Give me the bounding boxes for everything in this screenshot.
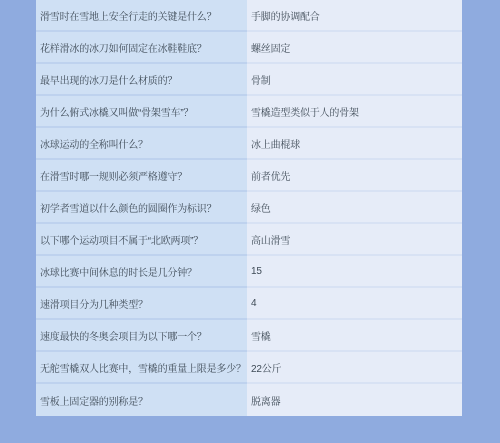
question-cell: 速滑项目分为几种类型？ — [36, 288, 247, 320]
question-text: 最早出现的冰刀是什么材质的？ — [40, 72, 177, 87]
question-cell: 在滑雪时哪一规则必须严格遵守？ — [36, 160, 247, 192]
question-cell: 花样滑冰的冰刀如何固定在冰鞋鞋底？ — [36, 32, 247, 64]
answer-cell: 手脚的协调配合 — [247, 0, 462, 32]
qa-row: 速度最快的冬奥会项目为以下哪一个？ 雪橇 — [36, 320, 462, 352]
qa-row: 初学者雪道以什么颜色的圆圈作为标识？ 绿色 — [36, 192, 462, 224]
answer-cell: 螺丝固定 — [247, 32, 462, 64]
answer-cell: 骨制 — [247, 64, 462, 96]
qa-row: 花样滑冰的冰刀如何固定在冰鞋鞋底？ 螺丝固定 — [36, 32, 462, 64]
qa-row: 滑雪时在雪地上安全行走的关键是什么？ 手脚的协调配合 — [36, 0, 462, 32]
question-cell: 无舵雪橇双人比赛中，雪橇的重量上限是多少？ — [36, 352, 247, 384]
answer-cell: 前者优先 — [247, 160, 462, 192]
qa-table: 滑雪时在雪地上安全行走的关键是什么？ 手脚的协调配合 花样滑冰的冰刀如何固定在冰… — [36, 0, 462, 416]
answer-cell: 22公斤 — [247, 352, 462, 384]
qa-row: 以下哪个运动项目不属于“北欧两项”？ 高山滑雪 — [36, 224, 462, 256]
answer-text: 高山滑雪 — [251, 232, 290, 247]
answer-text: 雪橇造型类似于人的骨架 — [251, 104, 359, 119]
question-cell: 以下哪个运动项目不属于“北欧两项”？ — [36, 224, 247, 256]
question-cell: 速度最快的冬奥会项目为以下哪一个？ — [36, 320, 247, 352]
question-text: 花样滑冰的冰刀如何固定在冰鞋鞋底？ — [40, 40, 207, 55]
question-cell: 冰球比赛中间休息的时长是几分钟？ — [36, 256, 247, 288]
answer-text: 手脚的协调配合 — [251, 8, 320, 23]
question-text: 速度最快的冬奥会项目为以下哪一个？ — [40, 328, 207, 343]
qa-row: 速滑项目分为几种类型？ 4 — [36, 288, 462, 320]
question-cell: 为什么俯式冰橇又叫做“骨架雪车”？ — [36, 96, 247, 128]
question-text: 滑雪时在雪地上安全行走的关键是什么？ — [40, 8, 216, 23]
question-text: 速滑项目分为几种类型？ — [40, 296, 148, 311]
qa-row: 无舵雪橇双人比赛中，雪橇的重量上限是多少？ 22公斤 — [36, 352, 462, 384]
qa-row: 雪板上固定器的别称是？ 脱离器 — [36, 384, 462, 416]
qa-row: 为什么俯式冰橇又叫做“骨架雪车”？ 雪橇造型类似于人的骨架 — [36, 96, 462, 128]
question-text: 冰球运动的全称叫什么？ — [40, 136, 148, 151]
answer-text: 雪橇 — [251, 328, 271, 343]
question-text: 为什么俯式冰橇又叫做“骨架雪车”？ — [40, 104, 193, 119]
qa-row: 在滑雪时哪一规则必须严格遵守？ 前者优先 — [36, 160, 462, 192]
question-text: 在滑雪时哪一规则必须严格遵守？ — [40, 168, 187, 183]
answer-cell: 冰上曲棍球 — [247, 128, 462, 160]
question-cell: 雪板上固定器的别称是？ — [36, 384, 247, 416]
question-text: 雪板上固定器的别称是？ — [40, 393, 148, 408]
question-text: 初学者雪道以什么颜色的圆圈作为标识？ — [40, 200, 216, 215]
question-cell: 滑雪时在雪地上安全行走的关键是什么？ — [36, 0, 247, 32]
qa-row: 冰球运动的全称叫什么？ 冰上曲棍球 — [36, 128, 462, 160]
answer-text: 螺丝固定 — [251, 40, 290, 55]
answer-cell: 雪橇 — [247, 320, 462, 352]
answer-cell: 绿色 — [247, 192, 462, 224]
question-text: 冰球比赛中间休息的时长是几分钟？ — [40, 264, 197, 279]
answer-cell: 15 — [247, 256, 462, 288]
answer-text: 绿色 — [251, 200, 271, 215]
answer-text: 前者优先 — [251, 168, 290, 183]
question-text: 无舵雪橇双人比赛中，雪橇的重量上限是多少？ — [40, 360, 246, 375]
answer-cell: 脱离器 — [247, 384, 462, 416]
answer-text: 脱离器 — [251, 393, 280, 408]
answer-text: 骨制 — [251, 72, 271, 87]
qa-row: 最早出现的冰刀是什么材质的？ 骨制 — [36, 64, 462, 96]
answer-cell: 高山滑雪 — [247, 224, 462, 256]
question-cell: 最早出现的冰刀是什么材质的？ — [36, 64, 247, 96]
question-cell: 冰球运动的全称叫什么？ — [36, 128, 247, 160]
qa-row: 冰球比赛中间休息的时长是几分钟？ 15 — [36, 256, 462, 288]
answer-cell: 4 — [247, 288, 462, 320]
answer-text: 冰上曲棍球 — [251, 136, 300, 151]
answer-text: 22公斤 — [251, 360, 281, 375]
answer-text: 4 — [251, 298, 256, 309]
answer-cell: 雪橇造型类似于人的骨架 — [247, 96, 462, 128]
question-text: 以下哪个运动项目不属于“北欧两项”？ — [40, 232, 203, 247]
question-cell: 初学者雪道以什么颜色的圆圈作为标识？ — [36, 192, 247, 224]
answer-text: 15 — [251, 266, 262, 277]
